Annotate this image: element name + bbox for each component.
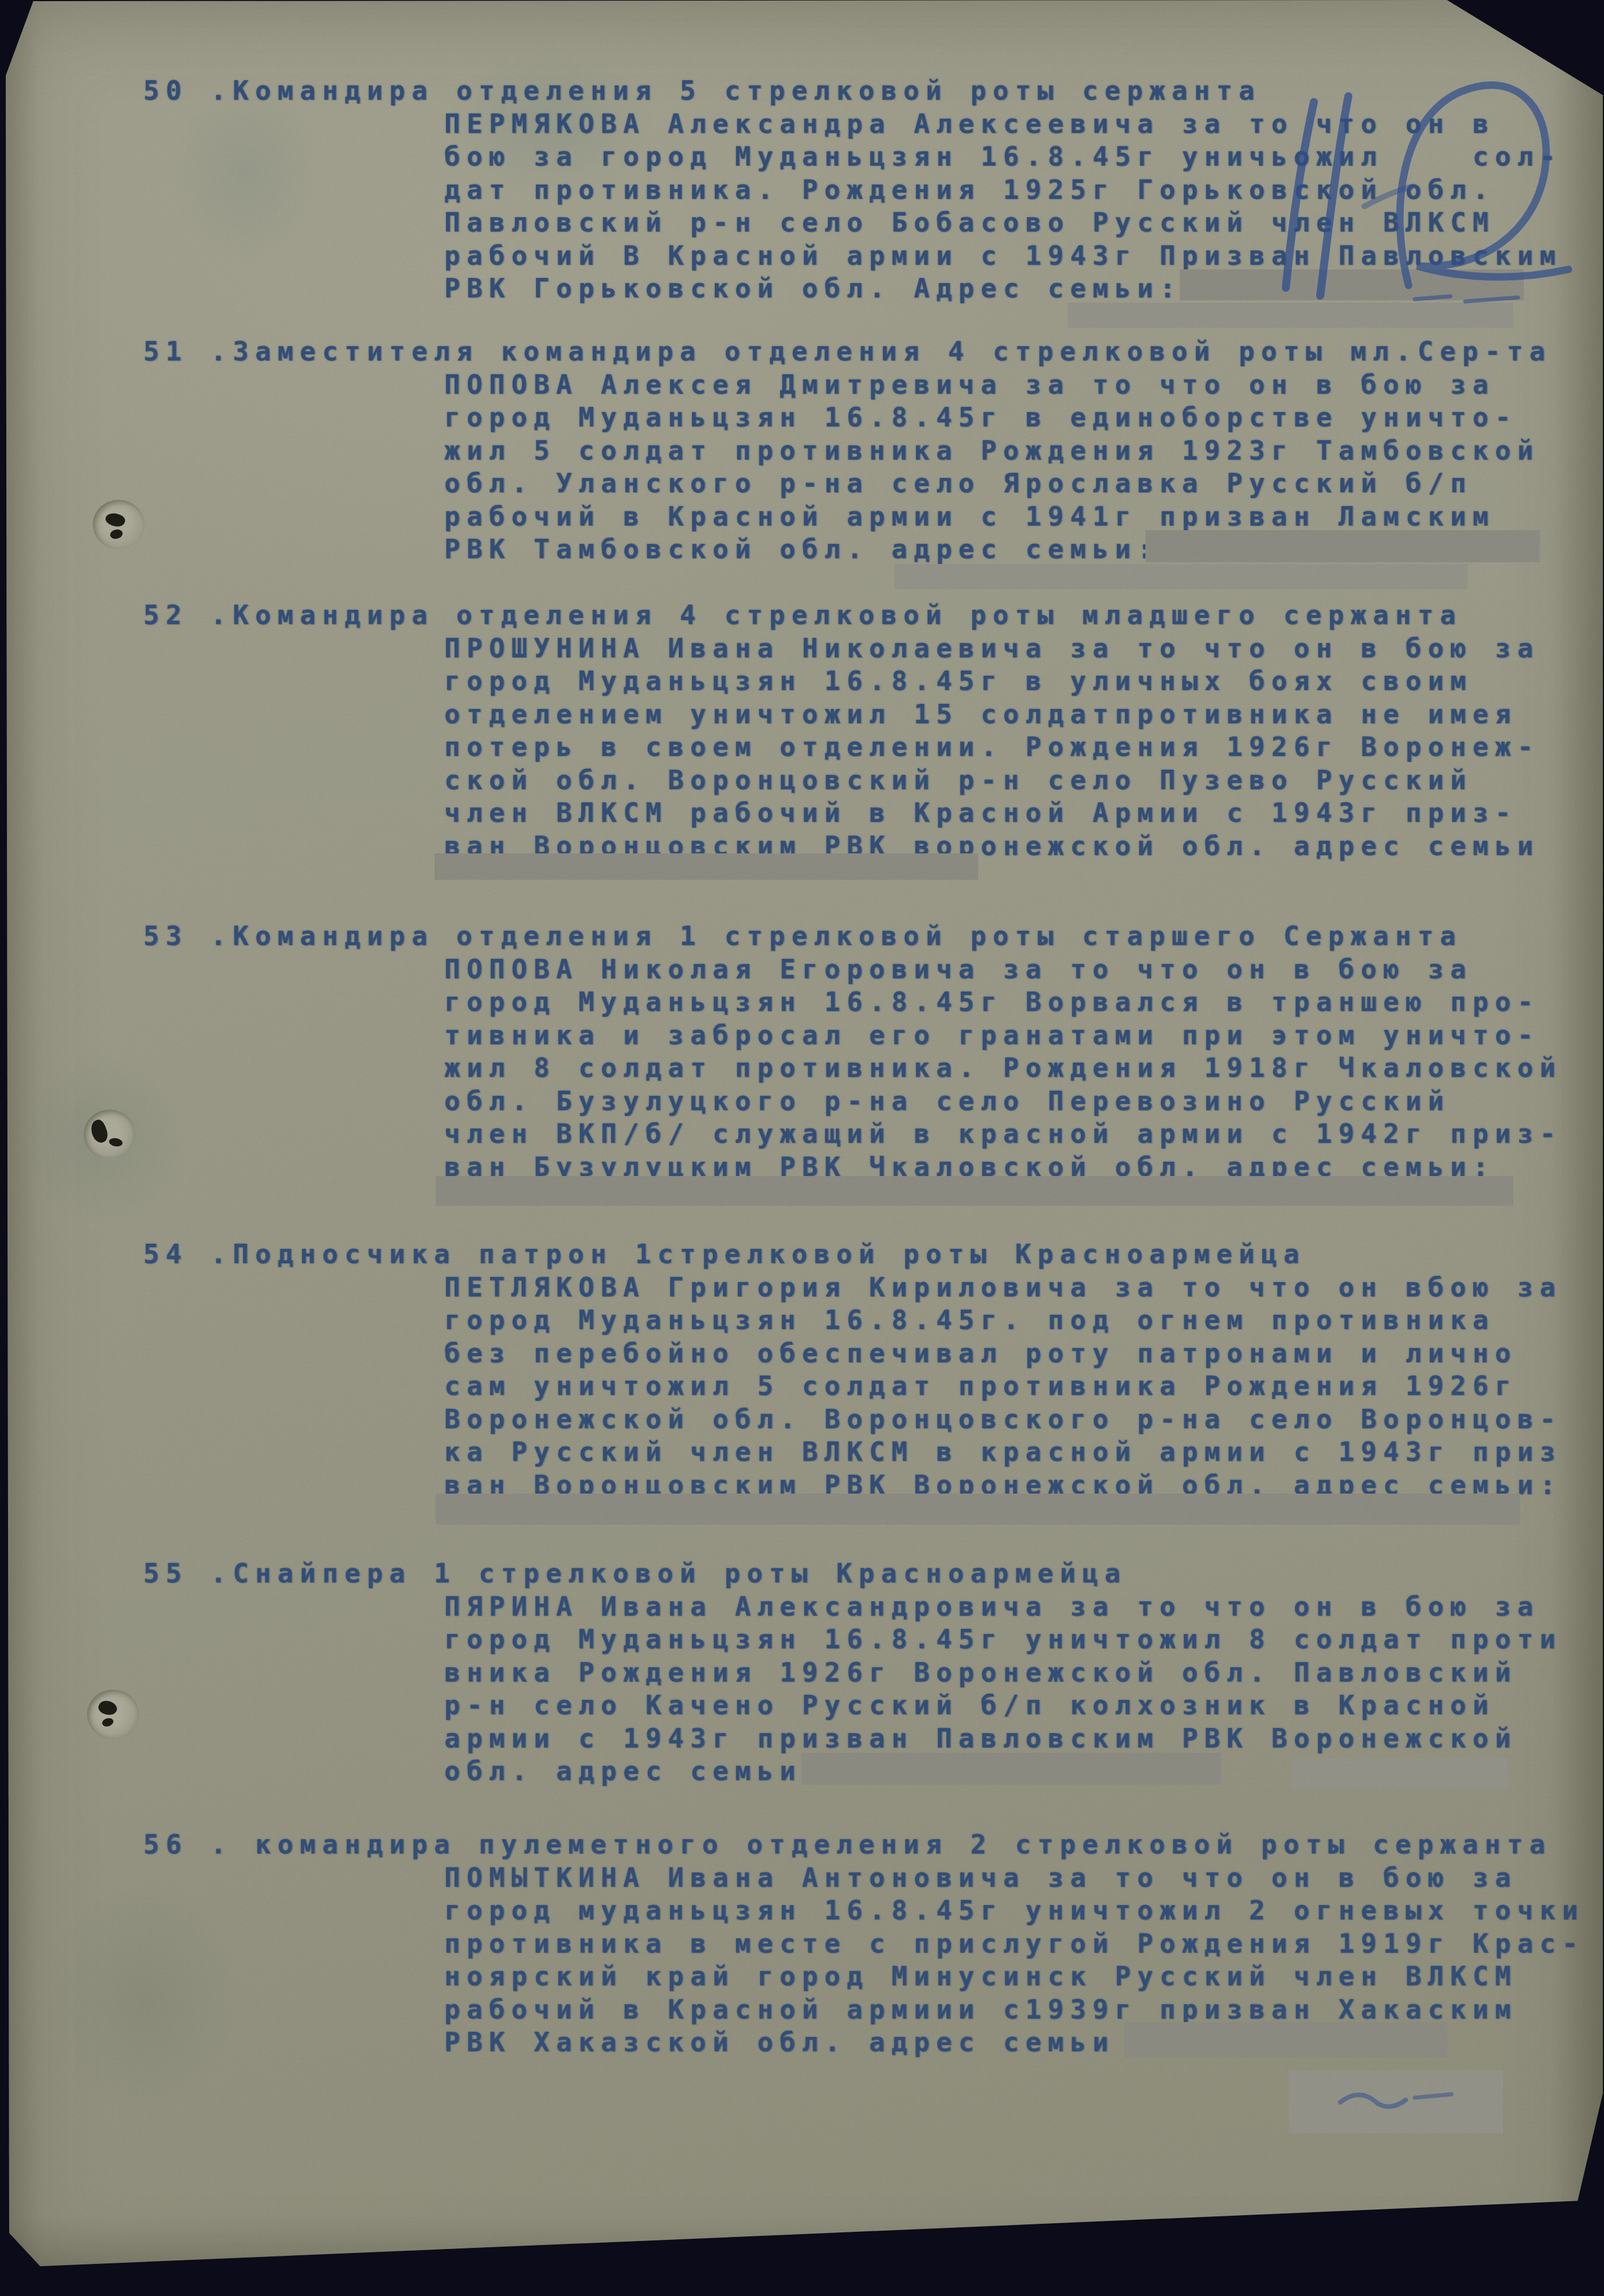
entry-line: армии с 1943г призван Павловским РВК Вор… [444,1722,1517,1755]
entry-line: Павловский р-н село Бобасово Русский чле… [444,206,1495,239]
entry-line: 51 .Заместителя командира отделения 4 ст… [143,335,1552,368]
entry-line: ПЕРМЯКОВА Александра Алексеевича за то ч… [444,108,1495,140]
entry-line: ской обл. Воронцовский р-н село Пузево Р… [444,764,1473,797]
redaction-box [1067,303,1513,328]
redaction-box [1289,2070,1503,2133]
entry-line: противника в месте с прислугой Рождения … [444,1927,1585,1960]
redaction-box [436,1494,1520,1525]
entry-line: 50 .Командира отделения 5 стрелковой рот… [143,75,1261,107]
entry-line: город Муданьцзян 16.8.45г Ворвался в тра… [444,986,1540,1018]
redaction-box [1292,1758,1508,1788]
entry-line: ПЯРИНА Ивана Александровича за то что он… [444,1590,1540,1623]
entry-line: РВК Хаказской обл. адрес семьи [444,2026,1115,2059]
entry-line: тивника и забросал его гранатами при это… [444,1019,1540,1052]
entry-line: город муданьцзян 16.8.45г уничтожил 2 ог… [444,1894,1585,1927]
entry-line: ПОПОВА Алексея Дмитревича за то что он в… [444,369,1495,401]
entry-line: обл. адрес семьи: [444,1755,824,1788]
entry-line: ПРОШУНИНА Ивана Николаевича за то что он… [444,632,1540,665]
entry-line: ка Русский член ВЛКСМ в красной армии с … [444,1436,1562,1468]
entry-line: потерь в своем отделении. Рождения 1926г… [444,731,1540,763]
entry-line: вника Рождения 1926г Воронежской обл. Па… [444,1656,1517,1689]
entry-line: рабочий в Красной армии с 1941г призван … [444,500,1495,533]
punch-hole [93,500,144,549]
redaction-box [435,853,978,880]
entry-line: 53 .Командира отделения 1 стрелковой рот… [143,920,1462,953]
entry-line: город Муданьцзян 16.8.45г в уличных боях… [444,665,1473,698]
entry-line: ПЕТЛЯКОВА Григория Кириловича за то что … [444,1271,1562,1304]
entry-line: ПОМЫТКИНА Ивана Антоновича за то что он … [444,1862,1517,1894]
entry-line: город Муданьцзян 16.8.45г в единоборстве… [444,401,1517,434]
entry-line: 55 .Снайпера 1 стрелковой роты Красноарм… [143,1557,1127,1590]
entry-line: 52 .Командира отделения 4 стрелковой рот… [143,599,1462,632]
redaction-box [894,564,1468,589]
punch-hole [87,1690,139,1739]
entry-line: РВК Горьковской обл. Адрес семьи: [444,272,1182,305]
entry-line: рабочий В Красной армии с 1943г Призван … [444,240,1562,272]
entry-line: бою за город Муданьцзян 16.8.45г уничьож… [444,140,1562,173]
entry-line: член ВКП/б/ служащий в красной армии с 1… [444,1118,1562,1150]
entry-line: сам уничтожил 5 солдат противника Рожден… [444,1370,1517,1402]
redaction-box [801,1753,1221,1785]
entry-line: 54 .Подносчика патрон 1стрелковой роты К… [143,1238,1306,1271]
entry-line: рабочий в Красной армиии с1939г призван … [444,1993,1517,2026]
redaction-box [1124,2022,1447,2058]
scanned-award-document-page: { "doc": { "kind": "typewritten award li… [0,0,1604,2296]
entry-line: Воронежской обл. Воронцовского р-на село… [444,1403,1562,1436]
redaction-box [1145,530,1540,562]
entry-line: член ВЛКСМ рабочий в Красной Армии с 194… [444,797,1517,829]
entry-line: ноярский край город Минусинск Русский чл… [444,1960,1517,1993]
entry-line: р-н село Качено Русский б/п колхозник в … [444,1689,1495,1722]
entry-line: город Муданьцзян 16.8.45г. под огнем про… [444,1304,1495,1337]
entry-line: город Муданьцзян 16.8.45г уничтожил 8 со… [444,1623,1562,1656]
punch-hole [84,1110,135,1159]
entry-line: обл. Уланского р-на село Ярославка Русск… [444,467,1473,500]
entry-line: отделением уничтожил 15 солдатпротивника… [444,698,1517,731]
redaction-box [436,1176,1513,1206]
redaction-box [1180,269,1524,300]
entry-line: жил 5 солдат противника Рождения 1923г Т… [444,434,1540,467]
entry-line: 56 . командира пулеметного отделения 2 с… [143,1828,1552,1861]
entry-line: жил 8 солдат противника. Рождения 1918г … [444,1052,1562,1084]
entry-line: без перебойно обеспечивал роту патронами… [444,1337,1517,1370]
entry-line: РВК Тамбовской обл. адрес семьи: [444,533,1160,566]
entry-line: дат противника. Рождения 1925г Горьковск… [444,174,1495,206]
entry-line: ПОПОВА Николая Егоровича за то что он в … [444,953,1473,986]
entry-line: обл. Бузулуцкого р-на село Перевозино Ру… [444,1085,1450,1118]
